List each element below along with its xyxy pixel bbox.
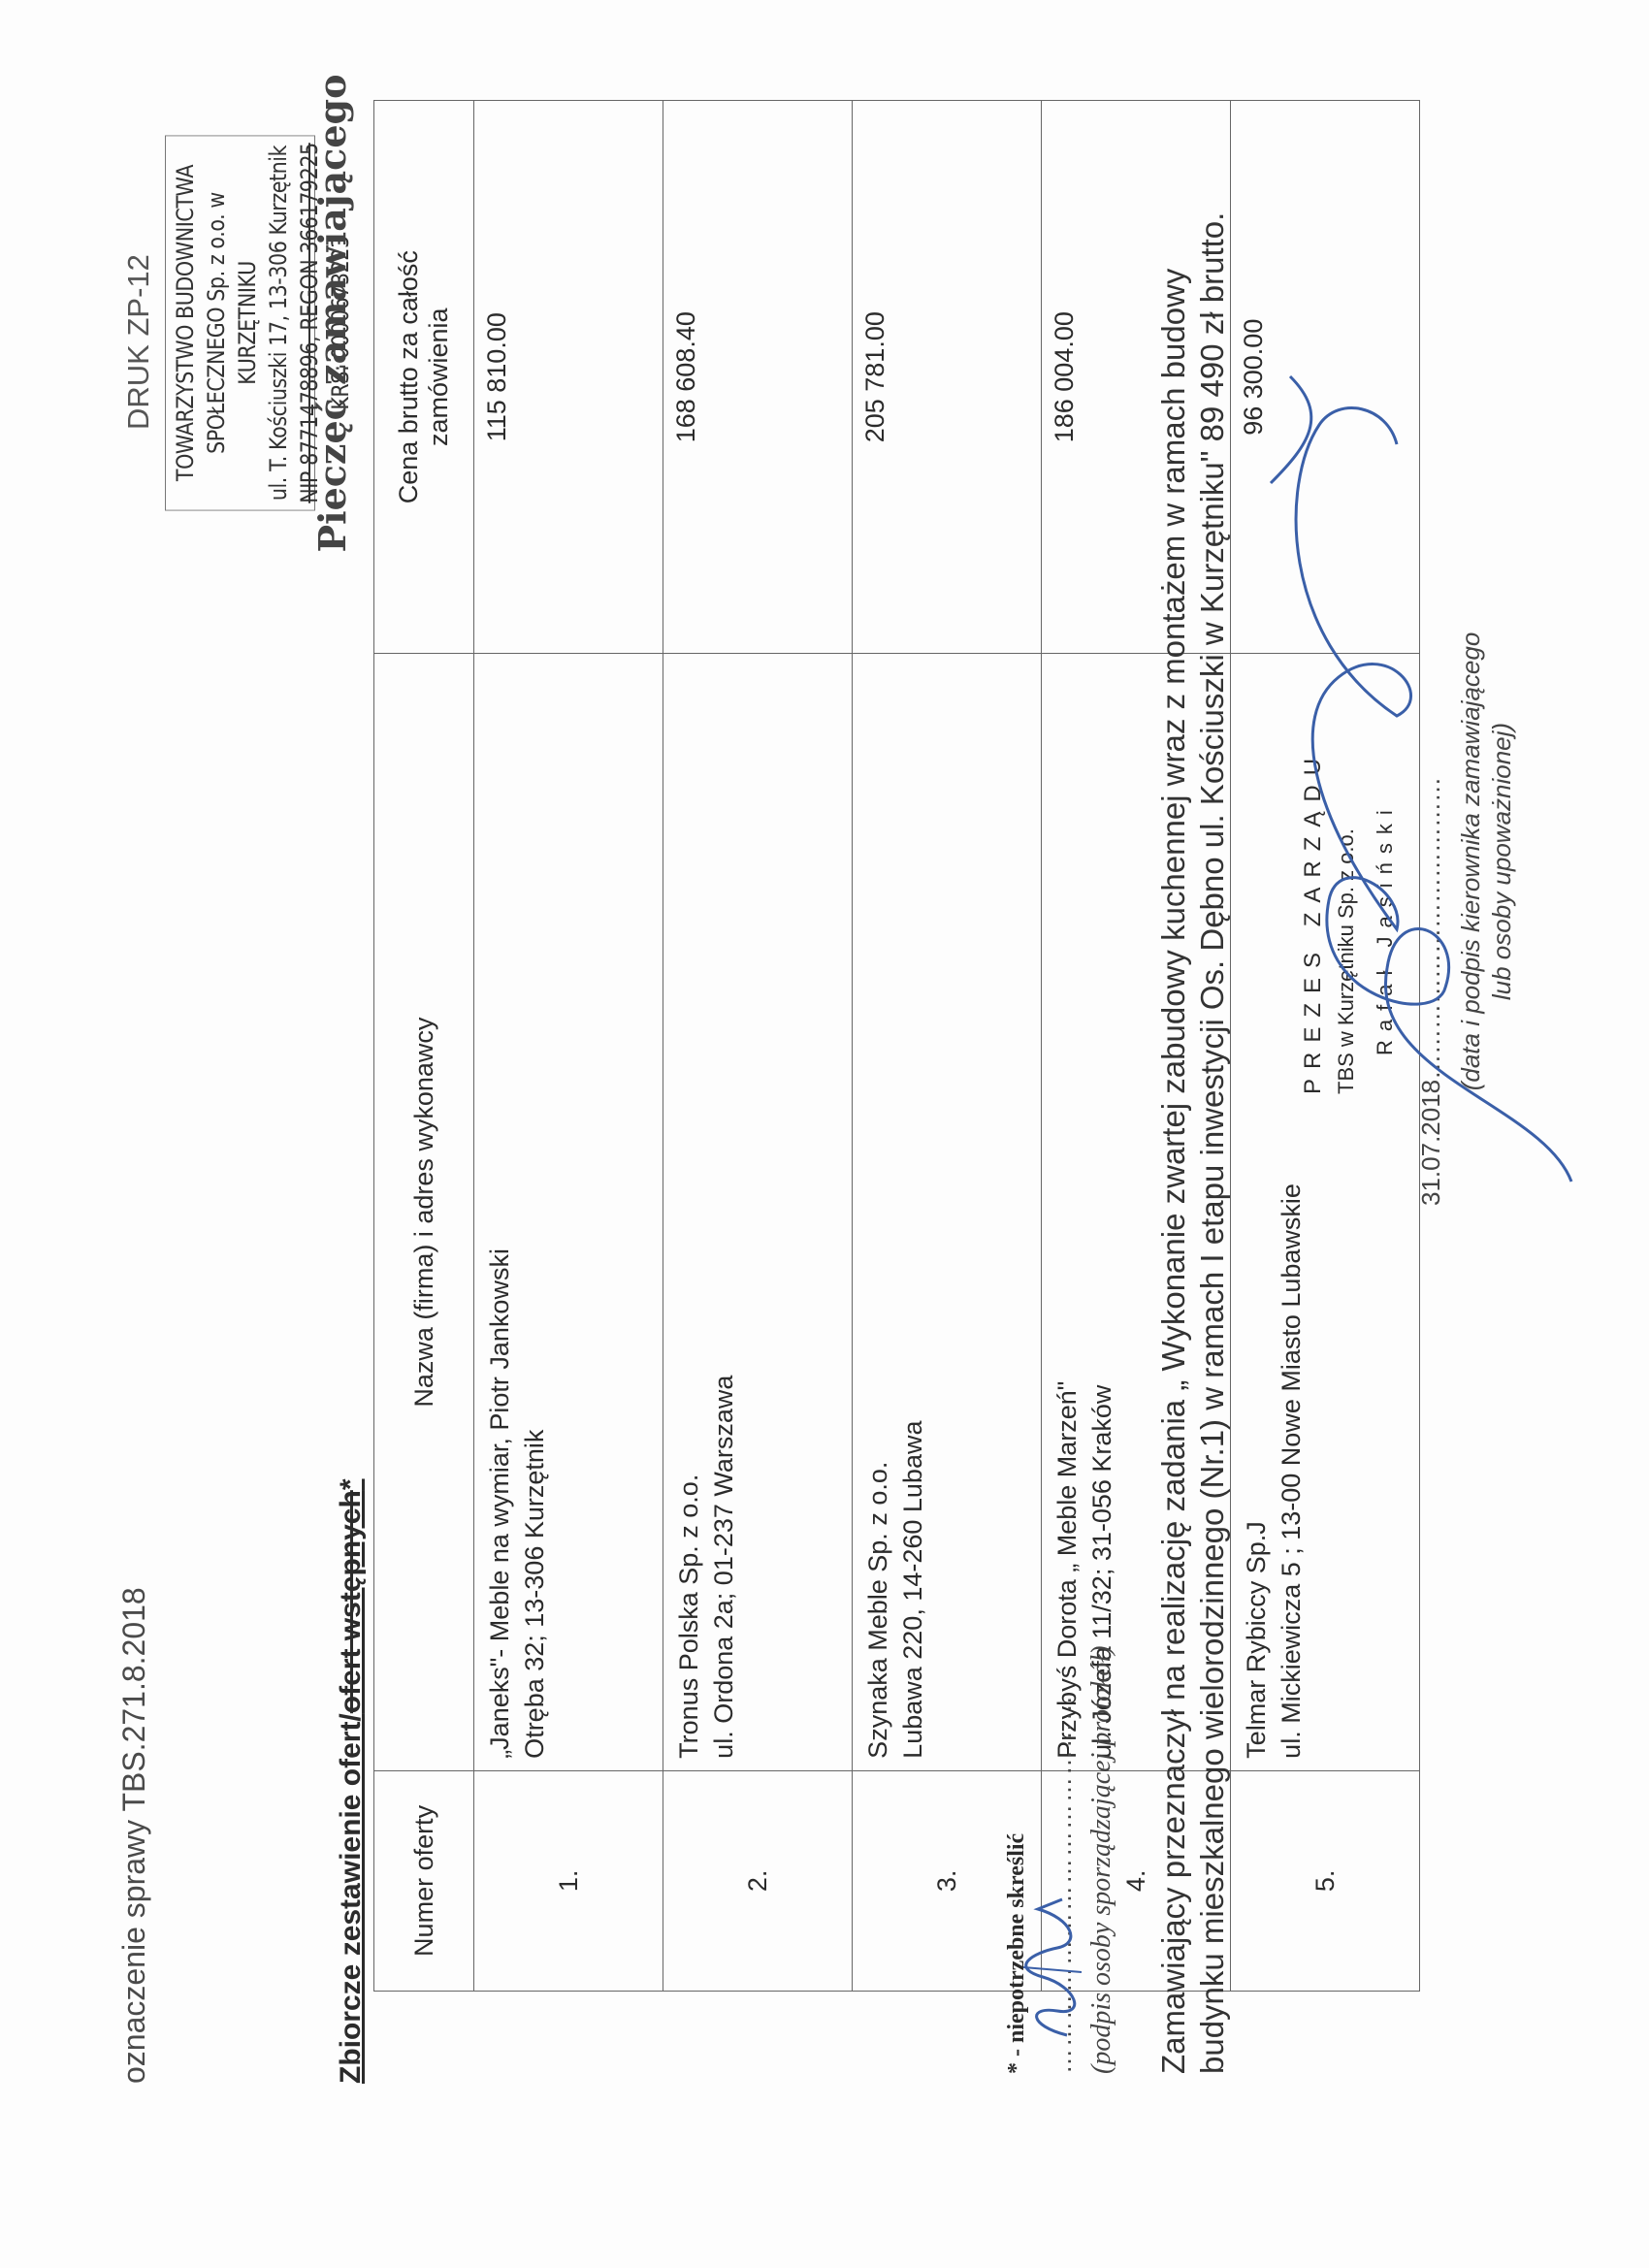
contractor-address: Otręba 32; 13-306 Kurzętnik (517, 665, 552, 1758)
offer-number: 5. (1231, 1770, 1420, 1991)
stamp-line: SPOŁECZNEGO Sp. z o.o. w KURZĘTNIKU (201, 136, 263, 509)
preparer-signature-icon (1018, 1851, 1086, 2045)
contractor-cell: Szynaka Meble Sp. z o.o.Lubawa 220, 14-2… (853, 654, 1042, 1770)
budget-statement: Zamawiający przeznaczył na realizację za… (1154, 202, 1232, 2074)
table-header-row: Numer oferty Nazwa (firma) i adres wykon… (374, 101, 474, 1992)
contractor-address: Lubawa 220, 14-260 Lubawa (895, 665, 930, 1758)
director-signature-icon (1251, 347, 1639, 1220)
contractor-address: ul. Józefa 11/32; 31-056 Kraków (1084, 665, 1119, 1758)
column-header-price: Cena brutto za całość zamówienia (374, 101, 474, 654)
title-main: Zbiorcze zestawienie ofert/ (335, 1713, 367, 2084)
case-reference: oznaczenie sprawy TBS.271.8.2018 (116, 1587, 152, 2084)
contractor-cell: „Janeks"- Meble na wymiar, Piotr Jankows… (474, 654, 663, 1770)
table-row: 1.„Janeks"- Meble na wymiar, Piotr Janko… (474, 101, 663, 1992)
company-stamp: TOWARZYSTWO BUDOWNICTWA SPOŁECZNEGO Sp. … (165, 136, 315, 511)
offer-number: 1. (474, 1770, 663, 1991)
offer-number: 2. (663, 1770, 853, 1991)
table-row: 2.Tronus Polska Sp. z o.o.ul. Ordona 2a;… (663, 101, 853, 1992)
table-row: 3.Szynaka Meble Sp. z o.o.Lubawa 220, 14… (853, 101, 1042, 1992)
offer-price: 115 810.00 (474, 101, 663, 654)
title-struck-option: ofert wstępnych (335, 1490, 367, 1713)
document-page: oznaczenie sprawy TBS.271.8.2018 DRUK ZP… (0, 0, 1649, 2268)
offer-price: 205 781.00 (853, 101, 1042, 654)
column-header-contractor: Nazwa (firma) i adres wykonawcy (374, 654, 474, 1770)
contractor-name: Szynaka Meble Sp. z o.o. (860, 665, 895, 1758)
stamp-line: ul. T. Kościuszki 17, 13-306 Kurzętnik (263, 136, 294, 509)
contractor-name: Przybyś Dorota „ Meble Marzeń" (1050, 665, 1084, 1758)
title-asterisk: * (335, 1478, 367, 1490)
contractor-name: Tronus Polska Sp. z o.o. (671, 665, 706, 1758)
contractor-name: „Janeks"- Meble na wymiar, Piotr Jankows… (482, 665, 517, 1758)
stamp-line: TOWARZYSTWO BUDOWNICTWA (170, 136, 201, 509)
stamp-caption: Pieczęć zamawiającego (310, 61, 354, 566)
page-title: Zbiorcze zestawienie ofert/ofert wstępny… (335, 1478, 368, 2084)
contractor-address: ul. Ordona 2a; 01-237 Warszawa (706, 665, 741, 1758)
form-code: DRUK ZP-12 (121, 254, 156, 430)
offer-price: 168 608.40 (663, 101, 853, 654)
preparer-signature-caption: (podpis osoby sporządzającej protokół) (1086, 1646, 1117, 2075)
column-header-number: Numer oferty (374, 1770, 474, 1991)
contractor-cell: Tronus Polska Sp. z o.o.ul. Ordona 2a; 0… (663, 654, 853, 1770)
